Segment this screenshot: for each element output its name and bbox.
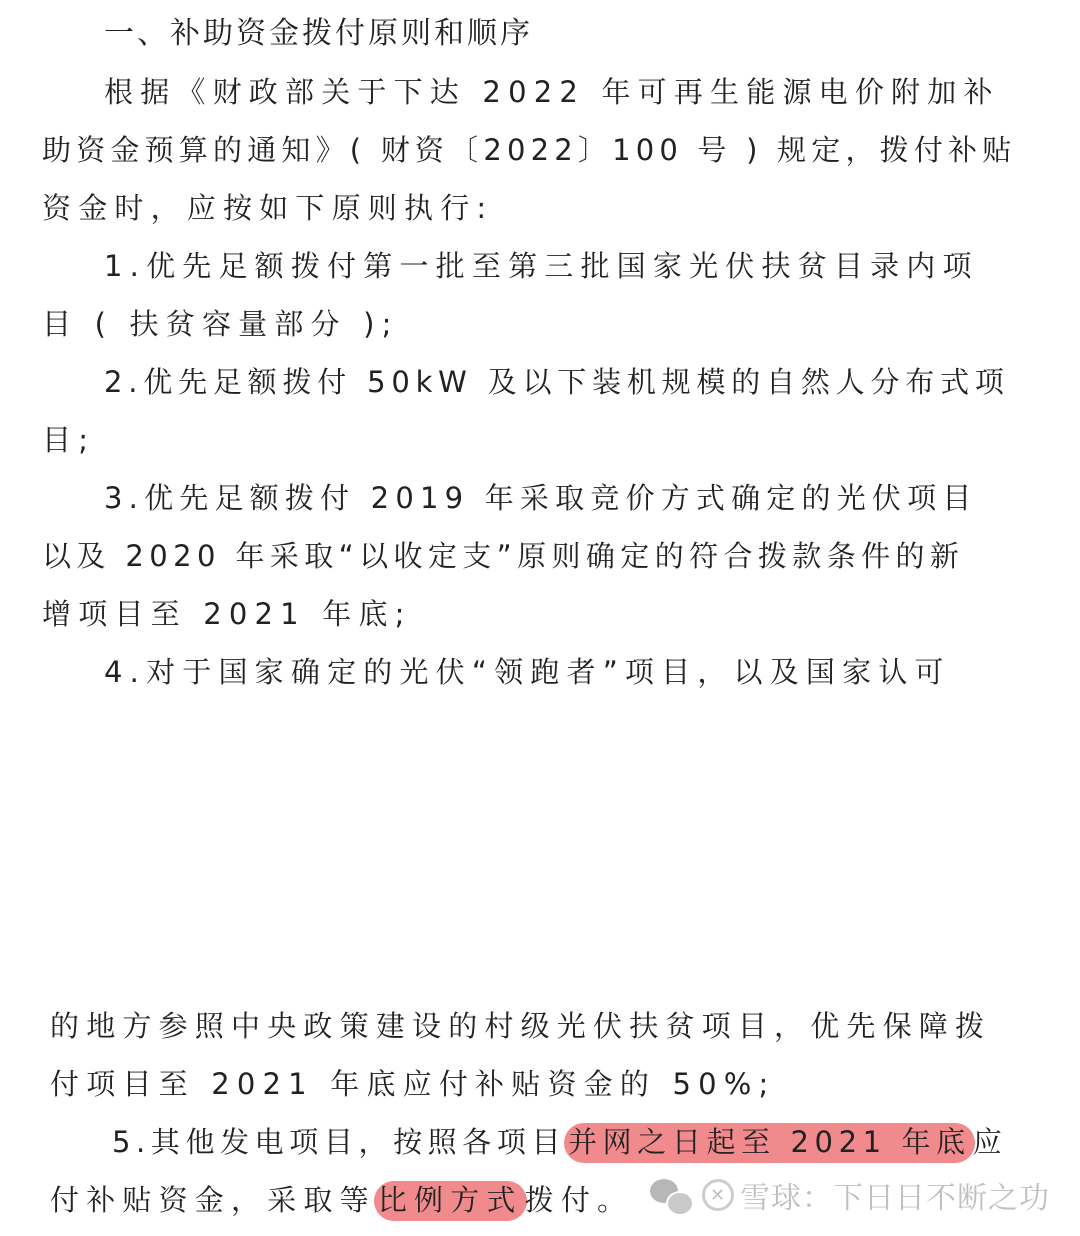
list-item-3: 3.优先足额拨付 2019 年采取竞价方式确定的光伏项目 <box>104 478 978 518</box>
list-item-3-cont: 以及 2020 年采取“以收定支”原则确定的符合拨款条件的新 <box>42 536 964 576</box>
paragraph-line: 资金时，应按如下原则执行: <box>42 188 493 228</box>
list-item-5-text: 付补贴资金，采取等 <box>50 1183 376 1217</box>
list-item-1: 1.优先足额拨付第一批至第三批国家光伏扶贫目录内项 <box>104 246 979 286</box>
list-item-1-cont: 目 ( 扶贫容量部分 ); <box>42 304 399 344</box>
list-item-2: 2.优先足额拨付 50kW 及以下装机规模的自然人分布式项 <box>104 362 1010 402</box>
list-item-2-cont: 目; <box>42 420 95 460</box>
paragraph-line: 根据《财政部关于下达 2022 年可再生能源电价附加补 <box>104 72 1000 112</box>
highlight-proportional: 比例方式 <box>374 1181 527 1221</box>
list-item-4-cont: 付项目至 2021 年底应付补贴资金的 50%; <box>50 1064 776 1104</box>
watermark: ✕ 雪球：下日日不断之功 <box>650 1170 1050 1220</box>
list-item-5: 5.其他发电项目，按照各项目并网之日起至 2021 年底应 <box>112 1122 1007 1162</box>
list-item-5-text: 拨付。 <box>525 1183 634 1217</box>
xueqiu-icon: ✕ <box>702 1179 734 1211</box>
watermark-text: 雪球：下日日不断之功 <box>740 1173 1050 1217</box>
section-heading: 一、补助资金拨付原则和顺序 <box>104 14 533 54</box>
list-item-4: 4.对于国家确定的光伏“领跑者”项目，以及国家认可 <box>104 652 951 692</box>
list-item-4-cont: 的地方参照中央政策建设的村级光伏扶贫项目，优先保障拨 <box>50 1006 991 1046</box>
list-item-5-text: 应 <box>973 1125 1008 1159</box>
highlight-grid-date: 并网之日起至 2021 年底 <box>564 1123 975 1163</box>
wechat-icon <box>650 1175 694 1215</box>
list-item-3-cont: 增项目至 2021 年底; <box>42 594 412 634</box>
list-item-5-text: 5.其他发电项目，按照各项目 <box>112 1125 566 1159</box>
list-item-5-cont: 付补贴资金，采取等比例方式拨付。 <box>50 1180 633 1220</box>
paragraph-line: 助资金预算的通知》( 财资〔2022〕100 号 ) 规定，拨付补贴 <box>42 130 1016 170</box>
